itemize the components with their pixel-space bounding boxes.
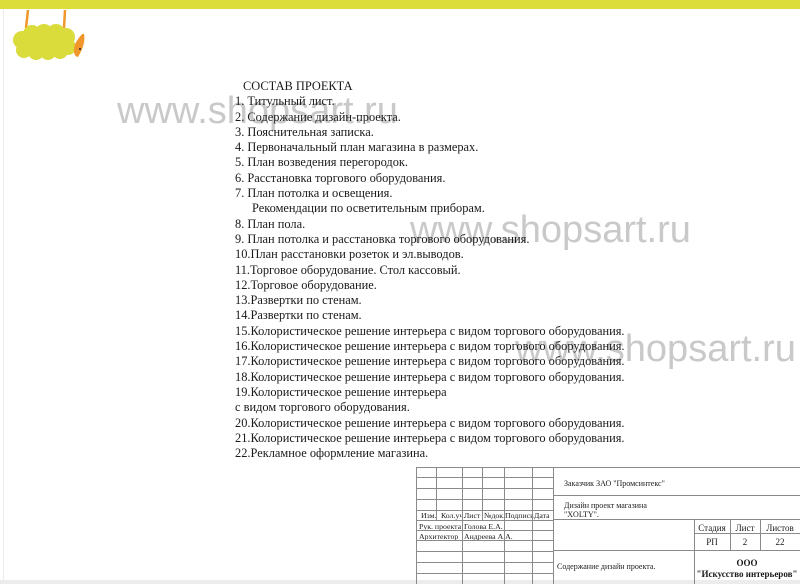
stage-label: Стадия	[694, 524, 730, 533]
contents-item: 22.Рекламное оформление магазина.	[235, 446, 625, 461]
contents-item: 14.Развертки по стенам.	[235, 308, 625, 323]
contents-item: 4. Первоначальный план магазина в размер…	[235, 140, 625, 155]
grid-line	[436, 467, 437, 520]
page-left-edge	[3, 9, 4, 581]
header-list: Лист	[464, 512, 480, 520]
contents-item: Рекомендации по осветительным приборам.	[235, 201, 625, 216]
contents-item: 17.Колористическое решение интерьера с в…	[235, 354, 625, 369]
grid-line	[462, 467, 463, 520]
sheets-label: Листов	[760, 524, 800, 533]
grid-line	[553, 467, 554, 584]
header-data: Дата	[534, 512, 550, 520]
grid-line	[416, 467, 417, 584]
contents-item: 9. План потолка и расстановка торгового …	[235, 232, 625, 247]
contents-list: 1. Титульный лист.2. Содержание дизайн-п…	[235, 94, 625, 461]
grid-line	[694, 533, 800, 534]
contents-item: 18.Колористическое решение интерьера с в…	[235, 370, 625, 385]
grid-line	[532, 467, 533, 520]
sheet-title: Содержание дизайн проекта.	[557, 563, 655, 571]
stage-value: РП	[694, 538, 730, 547]
sheet-value: 2	[730, 538, 760, 547]
org-name-line2: "Искусство интерьеров"	[694, 569, 800, 580]
contents-item: 5. План возведения перегородок.	[235, 155, 625, 170]
grid-line	[760, 519, 761, 550]
project-name-line2: "XOLTY".	[564, 511, 599, 519]
grid-line	[504, 467, 505, 520]
contents-item: 3. Пояснительная записка.	[235, 125, 625, 140]
grid-line	[553, 495, 800, 496]
contents-item: 11.Торговое оборудование. Стол кассовый.	[235, 263, 625, 278]
contents-item: 19.Колористическое решение интерьера	[235, 385, 625, 400]
contents-item: 12.Торговое оборудование.	[235, 278, 625, 293]
contents-item: 15.Колористическое решение интерьера с в…	[235, 324, 625, 339]
project-name-line1: Дизайн проект магазина	[564, 502, 647, 510]
grid-line	[504, 520, 505, 584]
grid-line	[482, 467, 483, 520]
contents-item: 20.Колористическое решение интерьера с в…	[235, 416, 625, 431]
grid-line	[694, 519, 695, 584]
header-podpis: Подпись	[505, 512, 534, 520]
contents-item: 2. Содержание дизайн-проекта.	[235, 110, 625, 125]
header-ndok: №док.	[484, 512, 505, 520]
contents-item: 7. План потолка и освещения.	[235, 186, 625, 201]
grid-line	[553, 519, 800, 520]
title-block: Изм. Кол.уч. Лист №док. Подпись Дата Рук…	[416, 467, 800, 584]
contents-item: 13.Развертки по стенам.	[235, 293, 625, 308]
grid-line	[730, 519, 731, 550]
grid-line	[532, 520, 533, 584]
contents-item: 21.Колористическое решение интерьера с в…	[235, 431, 625, 446]
contents-item: 10.План расстановки розеток и эл.выводов…	[235, 247, 625, 262]
contents-item: 8. План пола.	[235, 217, 625, 232]
project-contents: СОСТАВ ПРОЕКТА 1. Титульный лист.2. Соде…	[235, 79, 625, 461]
contents-heading: СОСТАВ ПРОЕКТА	[235, 79, 625, 94]
header-izm: Изм.	[421, 512, 436, 520]
contents-item: 1. Титульный лист.	[235, 94, 625, 109]
org-name-line1: ООО	[694, 558, 800, 569]
sheets-value: 22	[760, 538, 800, 547]
sheet-label: Лист	[730, 524, 760, 533]
contents-item: 6. Расстановка торгового оборудования.	[235, 171, 625, 186]
contents-item: с видом торгового оборудования.	[235, 400, 625, 415]
grid-line	[553, 550, 800, 551]
sheep-logo-icon	[8, 10, 88, 60]
customer-field: Заказчик ЗАО "Промсинтекс"	[564, 480, 665, 488]
grid-line	[462, 520, 463, 584]
grid-line	[416, 467, 800, 468]
contents-item: 16.Колористическое решение интерьера с в…	[235, 339, 625, 354]
top-accent-band	[0, 0, 800, 9]
